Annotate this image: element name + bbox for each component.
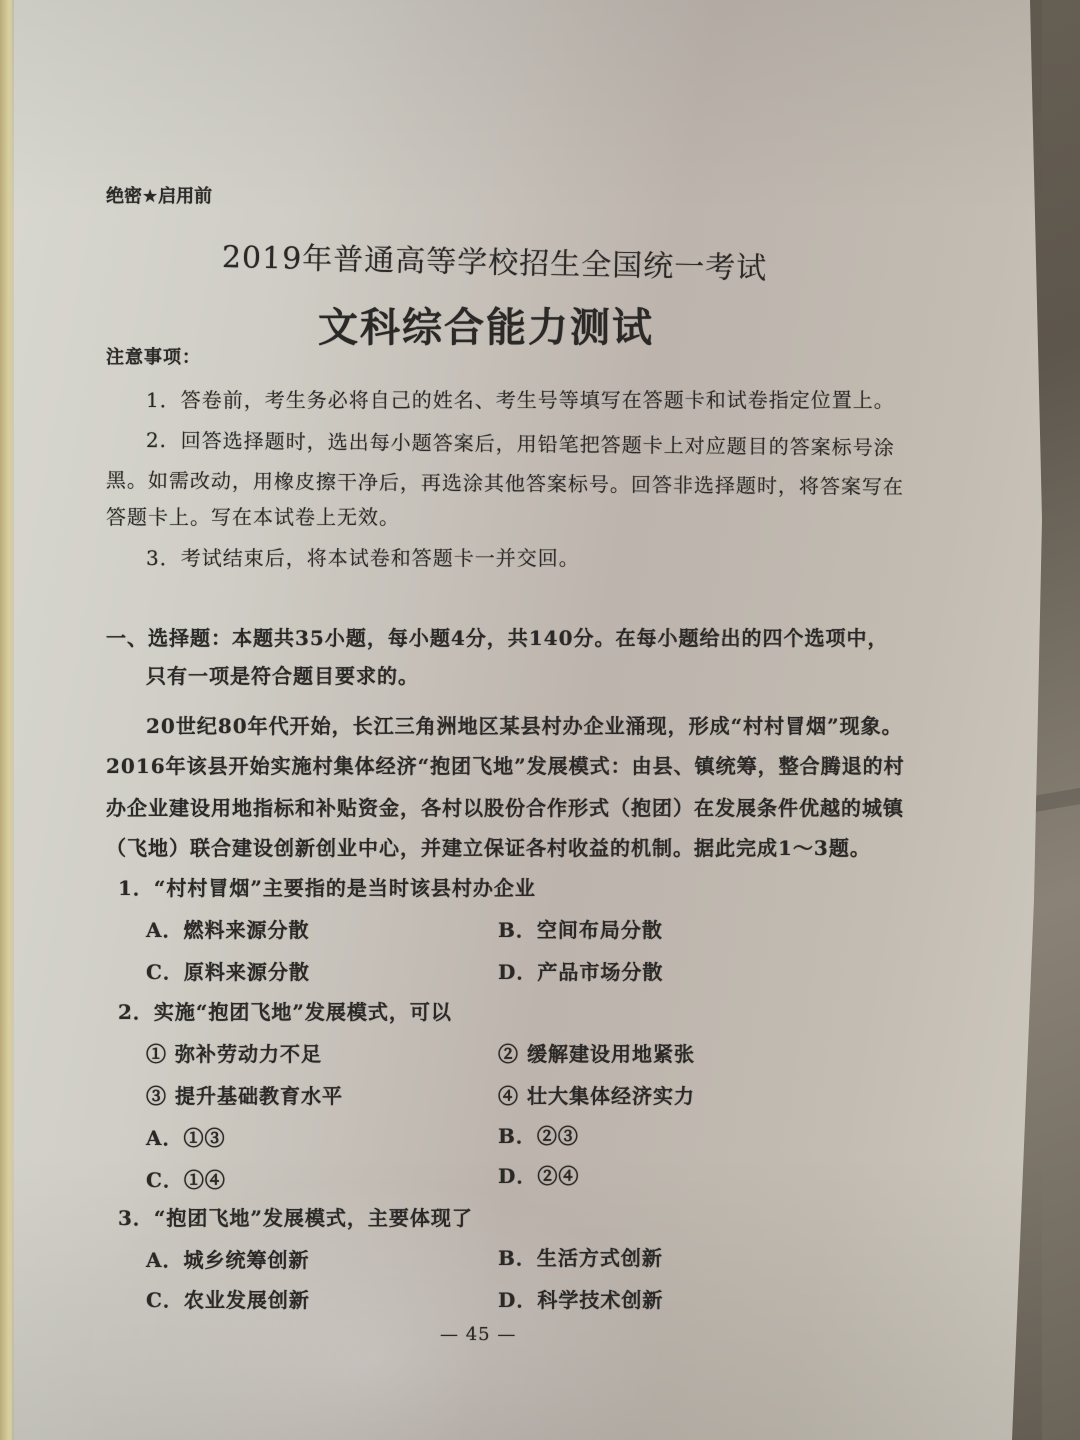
passage-line: 20世纪80年代开始，长江三角洲地区某县村办企业涌现，形成“村村冒烟”现象。 bbox=[146, 710, 903, 739]
notice-item-continued: 答题卡上。写在本试卷上无效。 bbox=[106, 501, 400, 530]
exam-title: 2019年普通高等学校招生全国统一考试 bbox=[222, 232, 768, 287]
question-3-option-c: C．农业发展创新 bbox=[146, 1284, 310, 1313]
passage-line: 办企业建设用地指标和补贴资金，各村以股份合作形式（抱团）在发展条件优越的城镇 bbox=[106, 792, 904, 821]
notice-item: 2．回答选择题时，选出每小题答案后，用铅笔把答题卡上对应题目的答案标号涂 bbox=[146, 424, 895, 461]
question-3-stem: 3．“抱团飞地”发展模式，主要体现了 bbox=[118, 1202, 473, 1231]
notice-item-continued: 黑。如需改动，用橡皮擦干净后，再选涂其他答案标号。回答非选择题时，将答案写在 bbox=[106, 464, 904, 500]
section-heading: 一、选择题：本题共35小题，每小题4分，共140分。在每小题给出的四个选项中， bbox=[106, 622, 889, 651]
question-3-option-a: A．城乡统筹创新 bbox=[146, 1244, 310, 1273]
passage-line: （飞地）联合建设创新创业中心，并建立保证各村收益的机制。据此完成1～3题。 bbox=[106, 832, 871, 861]
notice-heading: 注意事项： bbox=[106, 343, 201, 369]
question-3-option-d: D．科学技术创新 bbox=[498, 1284, 663, 1313]
question-2-statement-2: ② 缓解建设用地紧张 bbox=[498, 1038, 695, 1067]
question-2-option-c: C．①④ bbox=[146, 1164, 226, 1193]
question-2-statement-1: ① 弥补劳动力不足 bbox=[146, 1038, 322, 1067]
notice-item: 1．答卷前，考生务必将自己的姓名、考生号等填写在答题卡和试卷指定位置上。 bbox=[146, 384, 895, 413]
question-1-stem: 1．“村村冒烟”主要指的是当时该县村办企业 bbox=[118, 872, 536, 901]
question-1-option-b: B．空间布局分散 bbox=[498, 914, 663, 943]
question-1-option-c: C．原料来源分散 bbox=[146, 956, 310, 985]
page-number: — 45 — bbox=[440, 1324, 516, 1345]
question-2-statement-4: ④ 壮大集体经济实力 bbox=[498, 1080, 695, 1109]
passage-line: 2016年该县开始实施村集体经济“抱团飞地”发展模式：由县、镇统筹，整合腾退的村 bbox=[106, 750, 905, 779]
question-2-option-b: B．②③ bbox=[498, 1120, 579, 1149]
notice-item: 3．考试结束后，将本试卷和答题卡一并交回。 bbox=[146, 542, 580, 571]
confidential-mark: 绝密★启用前 bbox=[106, 182, 212, 208]
question-2-stem: 2．实施“抱团飞地”发展模式，可以 bbox=[118, 996, 452, 1025]
question-1-option-d: D．产品市场分散 bbox=[498, 956, 663, 985]
exam-page-content: 绝密★启用前 2019年普通高等学校招生全国统一考试 文科综合能力测试 注意事项… bbox=[0, 0, 1080, 1440]
question-1-option-a: A．燃料来源分散 bbox=[146, 914, 310, 943]
question-2-option-d: D．②④ bbox=[498, 1160, 579, 1189]
exam-subject-title: 文科综合能力测试 bbox=[318, 296, 654, 353]
question-2-option-a: A．①③ bbox=[146, 1122, 226, 1151]
section-heading-continued: 只有一项是符合题目要求的。 bbox=[146, 660, 419, 689]
question-3-option-b: B．生活方式创新 bbox=[498, 1242, 663, 1271]
question-2-statement-3: ③ 提升基础教育水平 bbox=[146, 1080, 343, 1109]
